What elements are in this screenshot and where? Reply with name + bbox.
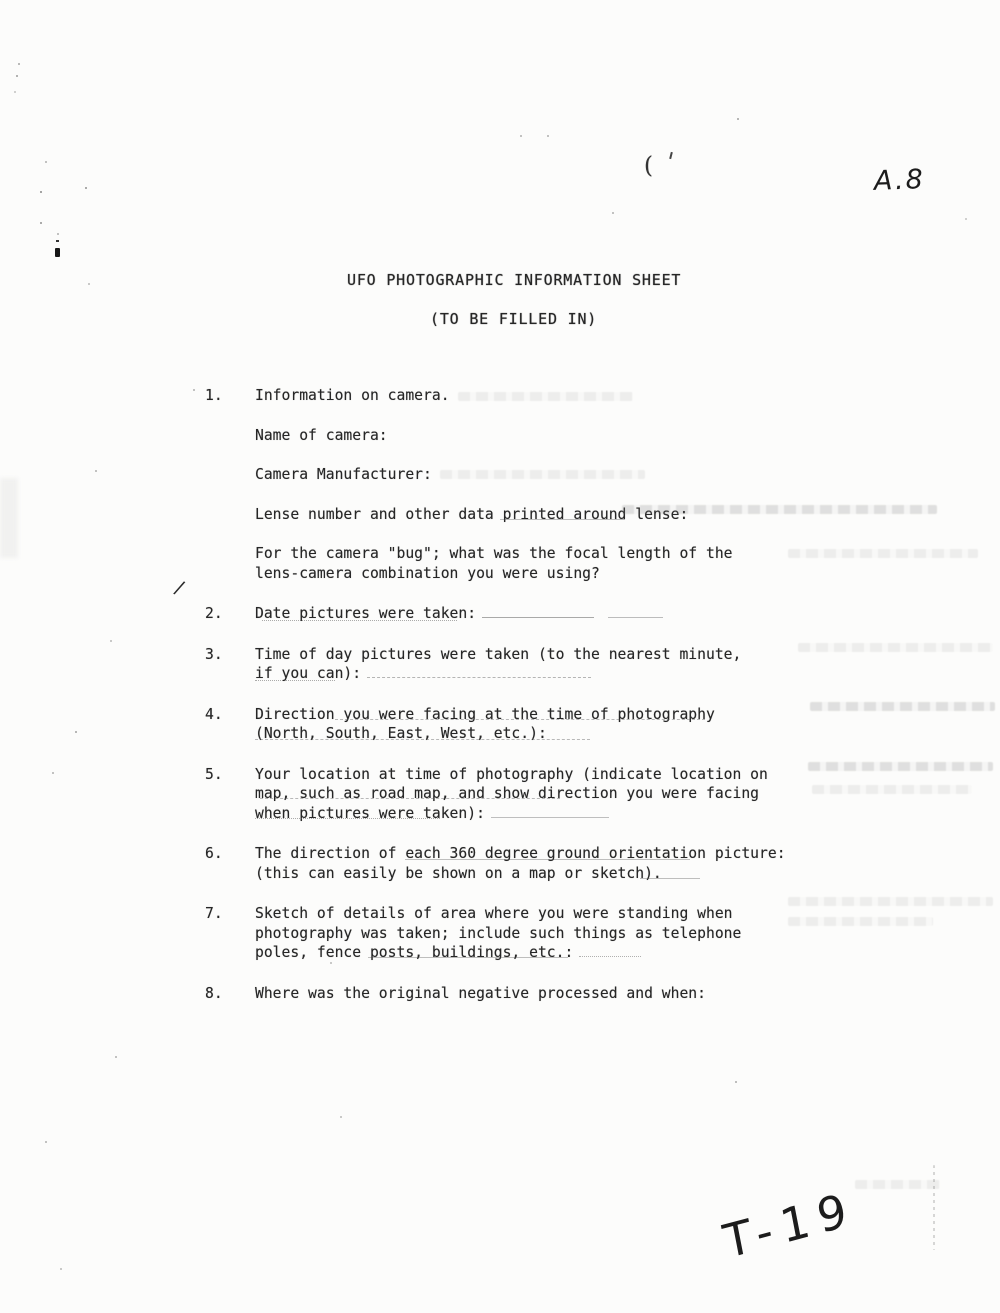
fill-in-blank (608, 605, 663, 618)
form-item: 5.Your location at time of photography (… (205, 765, 805, 824)
bleedthrough-smudge (810, 702, 995, 711)
item-body: The direction of each 360 degree ground … (255, 844, 786, 883)
scan-speckles (0, 0, 2, 2)
item-text: Sketch of details of area where you were… (255, 905, 741, 961)
scan-underline (405, 859, 690, 860)
bleedthrough-smudge (808, 762, 993, 771)
handwritten-margin-tick: / (172, 577, 187, 600)
bleedthrough-smudge (788, 917, 933, 926)
fill-in-blank (491, 805, 609, 818)
item-body: Time of day pictures were taken (to the … (255, 645, 741, 684)
item-number: 2. (205, 604, 255, 624)
bleedthrough-smudge (812, 785, 972, 794)
document-subtitle: (TO BE FILLED IN) (430, 310, 597, 330)
scan-underline (335, 719, 705, 720)
item-subfield: For the camera "bug"; what was the focal… (255, 544, 733, 583)
item-body: Information on camera.Name of camera:Cam… (255, 386, 733, 583)
item-subfield: Name of camera: (255, 426, 733, 446)
item-text: Information on camera. (255, 387, 450, 404)
item-text: Direction you were facing at the time of… (255, 706, 715, 743)
form-item: 7.Sketch of details of area where you we… (205, 904, 805, 963)
document-title: UFO PHOTOGRAPHIC INFORMATION SHEET (347, 271, 681, 291)
item-body: Where was the original negative processe… (255, 984, 706, 1004)
bleedthrough-smudge (855, 1180, 940, 1189)
form-item: 8.Where was the original negative proces… (205, 984, 805, 1004)
item-number: 7. (205, 904, 255, 963)
item-body: Your location at time of photography (in… (255, 765, 768, 824)
fill-in-blank (579, 944, 641, 957)
scan-underline (368, 957, 568, 958)
item-body: Sketch of details of area where you were… (255, 904, 741, 963)
item-body: Direction you were facing at the time of… (255, 705, 715, 744)
scan-underline (640, 878, 700, 879)
form-item: 4.Direction you were facing at the time … (205, 705, 805, 744)
scan-underline (500, 519, 625, 520)
ink-blot (56, 240, 59, 242)
scan-smudge (0, 478, 18, 558)
scan-underline (260, 798, 560, 799)
fill-in-blank (482, 605, 594, 618)
scan-underline (255, 739, 590, 740)
item-number: 5. (205, 765, 255, 824)
bleedthrough-smudge (798, 643, 993, 652)
item-number: 8. (205, 984, 255, 1004)
form-item: 3.Time of day pictures were taken (to th… (205, 645, 805, 684)
bleedthrough-smudge (788, 549, 978, 558)
scanned-document-page: ( A.8 / T-19 UFO PHOTOGRAPHIC INFORMATIO… (0, 0, 1000, 1313)
scan-underline (262, 620, 457, 621)
form-item: 6.The direction of each 360 degree groun… (205, 844, 805, 883)
handwritten-page-label: A.8 (873, 164, 925, 197)
form-item: 1.Information on camera.Name of camera:C… (205, 386, 805, 583)
bleedthrough-smudge (933, 1165, 935, 1250)
item-number: 4. (205, 705, 255, 744)
bleedthrough-smudge (458, 392, 633, 401)
handwritten-exhibit-label: T-19 (719, 1181, 860, 1269)
item-number: 1. (205, 386, 255, 583)
bleedthrough-smudge (788, 897, 993, 906)
bleedthrough-smudge (622, 505, 937, 514)
bleedthrough-smudge (440, 470, 645, 479)
fill-in-blank (367, 665, 591, 678)
item-number: 3. (205, 645, 255, 684)
item-number: 6. (205, 844, 255, 883)
ink-blot (55, 248, 60, 257)
form-items: 1.Information on camera.Name of camera:C… (205, 386, 805, 1024)
item-text: The direction of each 360 degree ground … (255, 845, 786, 882)
stray-paren-mark: ( (644, 157, 653, 177)
item-text: Where was the original negative processe… (255, 985, 706, 1002)
scan-underline (255, 818, 440, 819)
scan-underline (255, 680, 335, 681)
stray-tick-mark (669, 152, 673, 159)
